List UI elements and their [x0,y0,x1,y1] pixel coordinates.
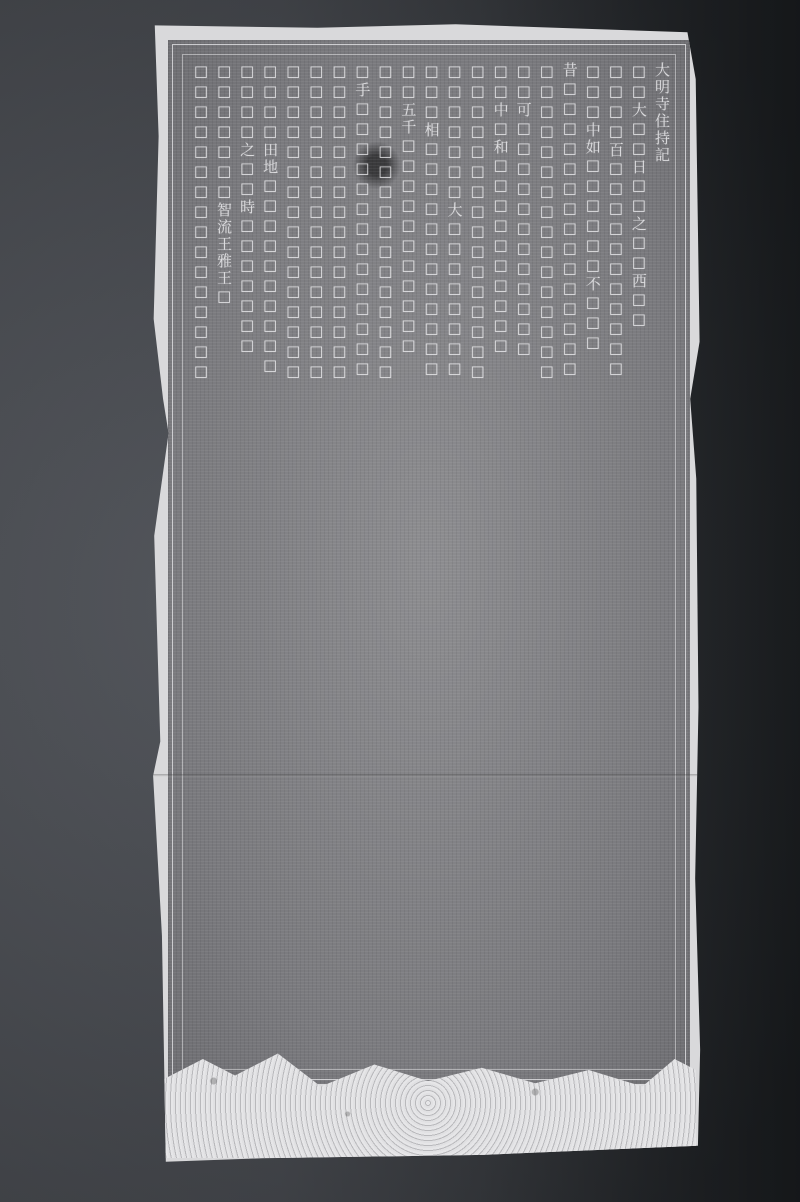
text-column: □□□□□□□□□□□□□□□□ [376,62,393,1074]
text-column: □□□□百□□□□□□□□□□□ [607,62,624,1074]
title-column: 大明寺住持記 [653,62,670,1074]
text-column: □□□□之□□時□□□□□□□ [238,62,255,1074]
text-column: 昔□□□□□□□□□□□□□□□ [561,62,578,1074]
text-column: □□□中如□□□□□□不□□□ [584,62,601,1074]
rubbing-paper: 大明寺住持記 □□大□□日□□之□□西□□ □□□□百□□□□□□□□□□□ □… [152,22,704,1164]
fold-crease [152,774,704,777]
text-column: □手□□□□□□□□□□□□□□ [353,62,370,1074]
text-column: □□□□□□□智流王雅王□ [215,62,232,1074]
text-column: □□□相□□□□□□□□□□□□ [422,62,439,1074]
text-column: □□□□□□□□□□□□□□□□ [469,62,486,1074]
text-column: □□可□□□□□□□□□□□□ [515,62,532,1074]
text-column: □□□□□□□□□□□□□□□□ [330,62,347,1074]
text-column: □□□□□□□□□□□□□□□□ [192,62,209,1074]
text-column: □□中□和□□□□□□□□□□ [492,62,509,1074]
text-column: □□□□田地□□□□□□□□□□ [261,62,278,1074]
text-column: □□□□□□□□□□□□□□□□ [307,62,324,1074]
text-column: □□□□□□□大□□□□□□□□ [446,62,463,1074]
text-column: □□□□□□□□□□□□□□□□ [284,62,301,1074]
text-column: □□□□□□□□□□□□□□□□ [538,62,555,1074]
text-column: □□五千□□□□□□□□□□□ [399,62,416,1074]
inscription-surface: 大明寺住持記 □□大□□日□□之□□西□□ □□□□百□□□□□□□□□□□ □… [168,40,690,1084]
text-columns: 大明寺住持記 □□大□□日□□之□□西□□ □□□□百□□□□□□□□□□□ □… [192,62,670,1074]
text-column: □□大□□日□□之□□西□□ [630,62,647,1074]
